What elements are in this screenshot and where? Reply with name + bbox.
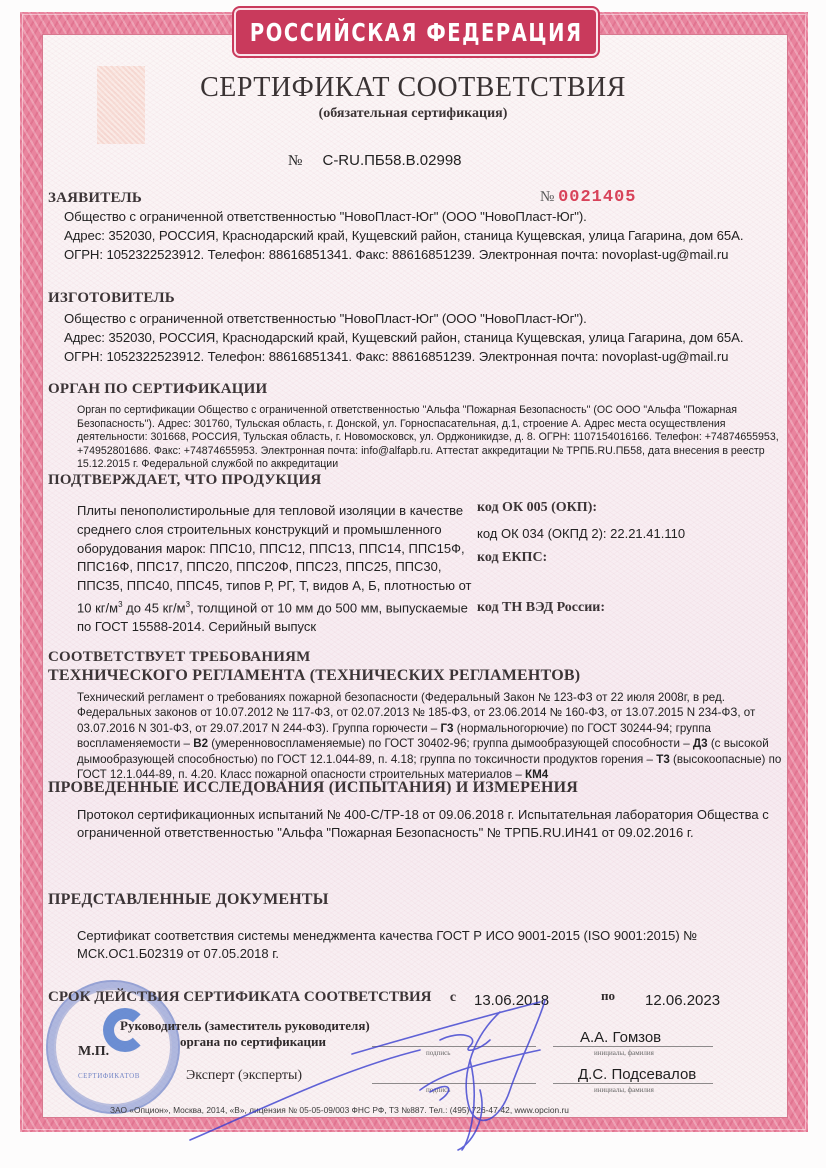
printer-imprint: ЗАО «Опцион», Москва, 2014, «В», лицензи… xyxy=(110,1105,569,1115)
tnved-code-label: код ТН ВЭД России: xyxy=(477,600,605,616)
applicant-name: Общество с ограниченной ответственностью… xyxy=(64,207,743,226)
certification-body-text: Орган по сертификации Общество с огранич… xyxy=(77,404,787,472)
country-banner: РОССИЙСКАЯ ФЕДЕРАЦИЯ xyxy=(234,8,598,56)
toxicity-group: Т3 xyxy=(656,753,670,766)
validity-to-date: 12.06.2023 xyxy=(645,992,720,1009)
expert-name-line xyxy=(553,1083,713,1084)
certificate-number-value: C-RU.ПБ58.В.02998 xyxy=(322,152,461,169)
manufacturer-contacts: ОГРН: 1052322523912. Телефон: 8861685134… xyxy=(64,347,743,366)
okpd2-code: код ОК 034 (ОКПД 2): 22.21.41.110 xyxy=(477,526,685,541)
serial-value: 0021405 xyxy=(558,188,636,207)
product-text: до 45 кг/м xyxy=(123,600,186,615)
head-signature-line xyxy=(372,1046,536,1047)
head-label-line1: Руководитель (заместитель руководителя) xyxy=(120,1018,370,1034)
stamp-text: СЕРТИФИКАТОВ xyxy=(78,1072,140,1080)
regulations-heading-line1: СООТВЕТСТВУЕТ ТРЕБОВАНИЯМ xyxy=(48,649,310,666)
certification-body-heading: ОРГАН ПО СЕРТИФИКАЦИИ xyxy=(48,381,267,398)
documents-text: Сертификат соответствия системы менеджме… xyxy=(77,927,777,963)
expert-label: Эксперт (эксперты) xyxy=(186,1068,302,1084)
certificate-subtitle: (обязательная сертификация) xyxy=(0,106,826,122)
expert-name: Д.С. Подсевалов xyxy=(578,1066,696,1083)
ekps-code-label: код ЕКПС: xyxy=(477,550,547,566)
head-name: А.А. Гомзов xyxy=(580,1029,661,1046)
manufacturer-name: Общество с ограниченной ответственностью… xyxy=(64,309,743,328)
regulations-heading-line2: ТЕХНИЧЕСКОГО РЕГЛАМЕНТА (ТЕХНИЧЕСКИХ РЕГ… xyxy=(48,667,580,685)
serial-prefix: № xyxy=(540,189,554,205)
validity-from-word: с xyxy=(450,990,456,1005)
blank-serial-number: № 0021405 xyxy=(540,188,636,207)
tests-heading: ПРОВЕДЕННЫЕ ИССЛЕДОВАНИЯ (ИСПЫТАНИЯ) И И… xyxy=(48,779,578,797)
okp-code-label: код ОК 005 (ОКП): xyxy=(477,500,597,516)
applicant-address: Адрес: 352030, РОССИЯ, Краснодарский кра… xyxy=(64,226,743,245)
head-name-caption: инициалы, фамилия xyxy=(594,1049,654,1057)
smoke-group: Д3 xyxy=(693,737,708,750)
number-sign: № xyxy=(288,153,302,169)
expert-signature-caption: подпись xyxy=(426,1086,450,1094)
validity-from-date: 13.06.2018 xyxy=(474,992,549,1009)
certificate-number: № C-RU.ПБ58.В.02998 xyxy=(288,152,462,170)
head-label-line2: органа по сертификации xyxy=(180,1034,326,1050)
product-text: Плиты пенополистирольные для тепловой из… xyxy=(77,503,472,615)
product-description: Плиты пенополистирольные для тепловой из… xyxy=(77,502,477,637)
validity-to-word: по xyxy=(601,988,615,1004)
certificate-title: СЕРТИФИКАТ СООТВЕТСТВИЯ xyxy=(0,72,826,104)
regulation-text: (умеренновоспламеняемые) по ГОСТ 30402-9… xyxy=(208,737,693,750)
flammability-group: В2 xyxy=(193,737,208,750)
tests-text: Протокол сертификационных испытаний № 40… xyxy=(77,806,777,842)
applicant-heading: ЗАЯВИТЕЛЬ xyxy=(48,190,142,207)
applicant-contacts: ОГРН: 1052322523912. Телефон: 8861685134… xyxy=(64,245,743,264)
validity-label: СРОК ДЕЙСТВИЯ СЕРТИФИКАТА СООТВЕТСТВИЯ xyxy=(48,989,431,1005)
manufacturer-address: Адрес: 352030, РОССИЯ, Краснодарский кра… xyxy=(64,328,743,347)
expert-signature-line xyxy=(372,1083,536,1084)
head-signature-caption: подпись xyxy=(426,1049,450,1057)
combustibility-group: Г3 xyxy=(440,722,453,735)
head-name-line xyxy=(553,1046,713,1047)
product-heading: ПОДТВЕРЖДАЕТ, ЧТО ПРОДУКЦИЯ xyxy=(48,472,321,489)
seal-place-label: М.П. xyxy=(78,1044,109,1060)
expert-name-caption: инициалы, фамилия xyxy=(594,1086,654,1094)
validity-period: СРОК ДЕЙСТВИЯ СЕРТИФИКАТА СООТВЕТСТВИЯ с xyxy=(48,988,456,1006)
applicant-details: Общество с ограниченной ответственностью… xyxy=(64,207,743,264)
documents-heading: ПРЕДСТАВЛЕННЫЕ ДОКУМЕНТЫ xyxy=(48,891,329,909)
manufacturer-details: Общество с ограниченной ответственностью… xyxy=(64,309,743,366)
regulations-text: Технический регламент о требованиях пожа… xyxy=(77,690,787,782)
manufacturer-heading: ИЗГОТОВИТЕЛЬ xyxy=(48,290,175,307)
country-banner-text: РОССИЙСКАЯ ФЕДЕРАЦИЯ xyxy=(250,18,583,47)
